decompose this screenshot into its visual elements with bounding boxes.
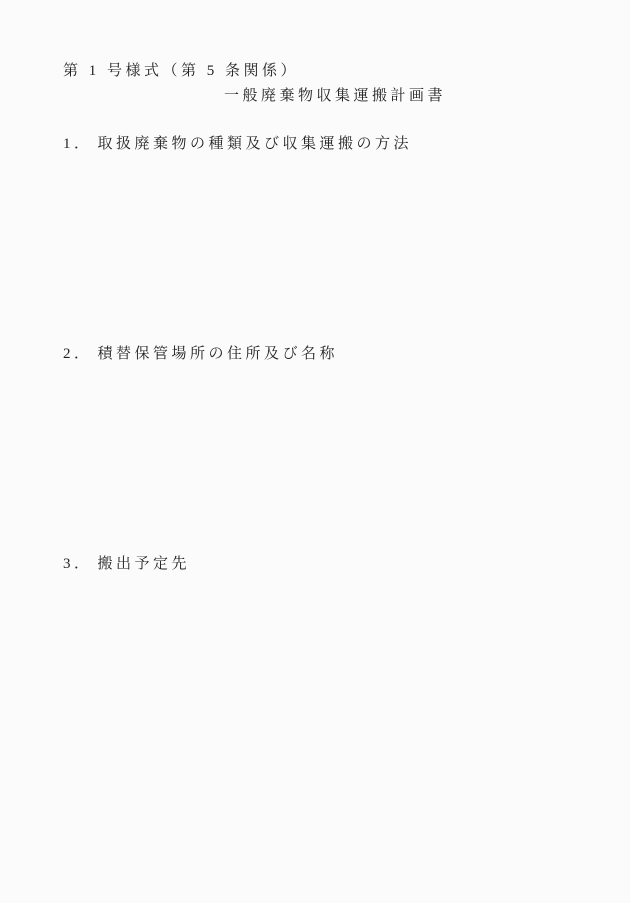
section-2-heading-text: 積替保管場所の住所及び名称 [98,346,339,362]
section-1-heading: 1．取扱廃棄物の種類及び収集運搬の方法 [63,135,412,153]
section-1-heading-text: 取扱廃棄物の種類及び収集運搬の方法 [98,136,413,152]
section-2-heading: 2．積替保管場所の住所及び名称 [63,345,338,363]
document-page: 第 1 号様式（第 5 条関係） 一般廃棄物収集運搬計画書 1．取扱廃棄物の種類… [0,0,630,903]
section-3-number: 3． [63,556,93,572]
section-2-number: 2． [63,346,93,362]
section-3-heading-text: 搬出予定先 [98,556,191,572]
section-1-number: 1． [63,136,93,152]
form-number: 第 1 号様式（第 5 条関係） [63,62,299,80]
document-title: 一般廃棄物収集運搬計画書 [224,87,446,105]
section-3-heading: 3．搬出予定先 [63,555,190,573]
